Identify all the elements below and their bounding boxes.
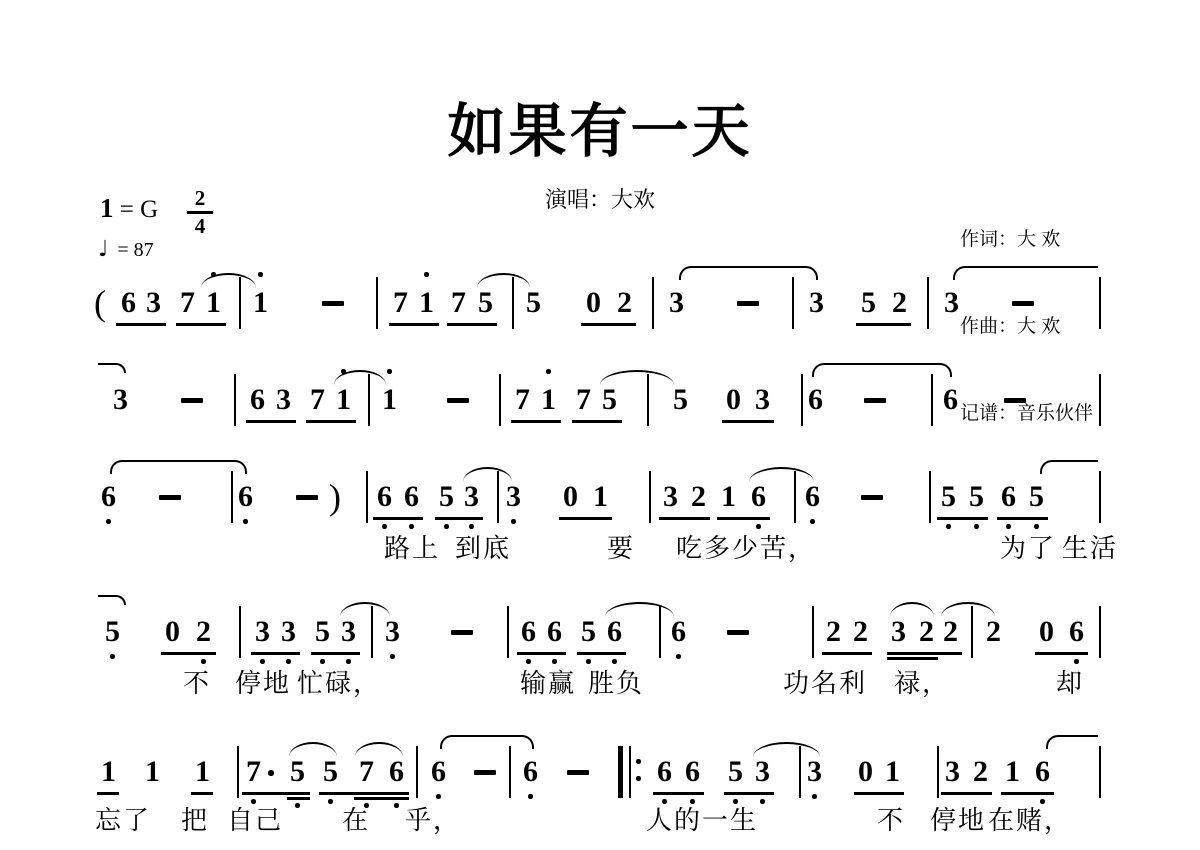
- repeat-dot: [636, 759, 641, 764]
- octave-dot-above: [424, 272, 429, 277]
- beam-underline: [854, 792, 904, 795]
- octave-dot-below: [409, 524, 414, 529]
- lyric-text: 路上: [384, 534, 440, 562]
- tie-arc: [289, 742, 337, 757]
- tie-arc: [340, 602, 390, 617]
- note-digit: 5: [933, 478, 963, 516]
- note-digit: 0: [718, 381, 748, 419]
- beam-underline: [251, 652, 300, 655]
- lyric-text: 停地: [930, 806, 986, 834]
- octave-dot-below: [243, 519, 248, 524]
- barline: [927, 277, 929, 329]
- beam-underline: [447, 323, 497, 326]
- beam-underline: [997, 517, 1048, 520]
- octave-dot-below: [733, 799, 738, 804]
- lyric-text: 生活: [1062, 534, 1118, 562]
- beam-underline: [435, 517, 483, 520]
- note-digit: 6: [396, 478, 426, 516]
- note-digit: 6: [93, 478, 123, 516]
- note-digit: 6: [649, 753, 679, 791]
- intro-paren: ): [329, 474, 341, 520]
- beam-underline: [572, 420, 622, 423]
- tie-bracket: [679, 266, 818, 280]
- note-digit: 6: [677, 753, 707, 791]
- note-digit: 6: [599, 613, 629, 651]
- tie-arc: [477, 273, 530, 288]
- octave-dot-below: [946, 524, 951, 529]
- beam-underline: [319, 792, 409, 795]
- octave-dot-below: [662, 799, 667, 804]
- dash-note: [1012, 301, 1034, 306]
- note-digit: 6: [1027, 753, 1057, 791]
- note-digit: 2: [683, 478, 713, 516]
- beam-underline: [653, 792, 704, 795]
- note-digit: 6: [1061, 613, 1091, 651]
- note-digit: 0: [578, 284, 608, 322]
- note-digit: 1: [877, 753, 907, 791]
- octave-dot-below: [586, 659, 591, 664]
- note-digit: 3: [937, 753, 967, 791]
- note-digit: 5: [594, 381, 624, 419]
- barline: [652, 277, 654, 329]
- note-digit: 3: [883, 613, 913, 651]
- barline: [792, 277, 794, 329]
- barline: [931, 374, 933, 426]
- tie-arc: [890, 602, 934, 617]
- note-digit: 3: [747, 753, 777, 791]
- note-digit: 3: [268, 381, 298, 419]
- lyric-text: 忘了: [95, 806, 151, 834]
- lyric-text: 乎，: [405, 806, 461, 834]
- octave-dot-above: [387, 369, 392, 374]
- tie-bracket: [98, 595, 126, 605]
- note-digit: 3: [377, 613, 407, 651]
- note-digit: 1: [328, 381, 358, 419]
- tie-arc: [749, 467, 814, 482]
- octave-dot-below: [382, 524, 387, 529]
- sheet-music-page: 如果有一天 演唱：大欢 作词：大 欢 作曲：大 欢 记谱：音乐伙伴 1 = G …: [0, 0, 1200, 850]
- beam-underline: [577, 652, 626, 655]
- note-digit: 2: [884, 284, 914, 322]
- note-digit: 2: [978, 613, 1008, 651]
- tie-arc: [753, 742, 820, 757]
- octave-dot-below: [106, 519, 111, 524]
- beam-underline: [97, 792, 119, 795]
- beam-underline: [822, 652, 872, 655]
- note-digit: 1: [713, 478, 743, 516]
- tie-arc: [605, 602, 674, 617]
- octave-dot-below: [251, 799, 256, 804]
- lyric-text: 停地: [235, 669, 291, 697]
- note-digit: 5: [282, 753, 312, 791]
- note-digit: 6: [800, 381, 830, 419]
- note-digit: 3: [333, 613, 363, 651]
- tie-bracket: [440, 735, 534, 749]
- beam-underline: [116, 323, 166, 326]
- note-digit: 2: [845, 613, 875, 651]
- tie-arc: [355, 742, 403, 757]
- octave-dot-below: [110, 654, 115, 659]
- score-area: 63711717550233523(3637117175503666666533…: [0, 0, 1200, 850]
- note-digit: 5: [1021, 478, 1051, 516]
- note-digit: 1: [585, 478, 615, 516]
- note-digit: 1: [187, 753, 217, 791]
- dash-note: [1004, 398, 1026, 403]
- dash-note: [296, 495, 318, 500]
- barline: [507, 606, 509, 658]
- octave-dot-above: [546, 369, 551, 374]
- note-digit: 6: [993, 478, 1023, 516]
- note-digit: 3: [498, 478, 528, 516]
- beam-underline: [717, 517, 770, 520]
- dash-note: [322, 301, 344, 306]
- repeat-start-sign: [629, 746, 631, 798]
- lyric-text: 自己: [227, 806, 283, 834]
- tie-arc: [941, 602, 995, 617]
- note-digit: 6: [230, 478, 260, 516]
- note-digit: 1: [533, 381, 563, 419]
- dash-note: [447, 398, 469, 403]
- augmentation-dot: [268, 770, 274, 776]
- note-digit: 2: [188, 613, 218, 651]
- octave-dot-below: [511, 519, 516, 524]
- beam-underline: [176, 323, 226, 326]
- dash-note: [737, 301, 759, 306]
- octave-dot-below: [346, 659, 351, 664]
- note-digit: 3: [799, 753, 829, 791]
- beam-underline: [511, 420, 561, 423]
- note-digit: 2: [609, 284, 639, 322]
- note-digit: 1: [997, 753, 1027, 791]
- note-digit: 6: [515, 753, 545, 791]
- note-digit: 6: [423, 753, 453, 791]
- barline: [1099, 746, 1101, 798]
- note-digit: 5: [720, 753, 750, 791]
- lyric-text: 在: [988, 806, 1016, 834]
- lyric-text: 把: [181, 806, 209, 834]
- octave-dot-below: [690, 799, 695, 804]
- beam-underline: [242, 792, 310, 795]
- note-digit: 5: [518, 284, 548, 322]
- note-digit: 1: [411, 284, 441, 322]
- octave-dot-below: [436, 794, 441, 799]
- octave-dot-below: [1040, 799, 1045, 804]
- octave-dot-below: [469, 524, 474, 529]
- lyric-text: 胜负: [588, 669, 644, 697]
- lyric-text: 在: [342, 806, 370, 834]
- note-digit: 2: [935, 613, 965, 651]
- note-digit: 1: [374, 381, 404, 419]
- note-digit: 0: [555, 478, 585, 516]
- note-digit: 6: [935, 381, 965, 419]
- tie-bracket: [1040, 460, 1098, 474]
- lyric-text: 人的一生: [646, 806, 758, 834]
- note-digit: 5: [470, 284, 500, 322]
- dash-note: [567, 770, 589, 775]
- note-digit: 6: [381, 753, 411, 791]
- lyric-text: 要: [607, 534, 635, 562]
- octave-dot-below: [394, 803, 399, 808]
- note-digit: 2: [818, 613, 848, 651]
- octave-dot-below: [552, 659, 557, 664]
- dash-note: [864, 398, 886, 403]
- dash-note: [451, 630, 473, 635]
- note-digit: 6: [539, 613, 569, 651]
- barline: [812, 606, 814, 658]
- beam-underline: [581, 323, 636, 326]
- tie-arc: [201, 273, 256, 288]
- barline: [1099, 471, 1101, 523]
- lyric-text: 禄，: [894, 669, 950, 697]
- lyric-text: 却: [1056, 669, 1084, 697]
- note-digit: 3: [801, 284, 831, 322]
- note-digit: 1: [245, 284, 275, 322]
- repeat-dot: [636, 776, 641, 781]
- beam-underline: [659, 517, 710, 520]
- beam-underline: [941, 792, 992, 795]
- note-digit: 3: [747, 381, 777, 419]
- dash-note: [181, 398, 203, 403]
- beam-underline: [517, 652, 566, 655]
- note-digit: 7: [238, 753, 268, 791]
- note-digit: 5: [97, 613, 127, 651]
- beam-underline: [246, 420, 296, 423]
- tie-bracket: [98, 363, 126, 373]
- note-digit: 0: [850, 753, 880, 791]
- lyric-text: 为了: [1000, 534, 1056, 562]
- tie-bracket: [812, 363, 952, 377]
- barline: [1099, 277, 1101, 329]
- lyric-text: 不: [877, 806, 905, 834]
- barline: [649, 471, 651, 523]
- dash-note: [727, 630, 749, 635]
- beam-underline: [1035, 652, 1088, 655]
- octave-dot-below: [812, 794, 817, 799]
- barline: [376, 277, 378, 329]
- beam-underline: [191, 792, 213, 795]
- octave-dot-below: [328, 799, 333, 804]
- octave-dot-below: [201, 659, 206, 664]
- lyric-text: 吃多少苦，: [676, 534, 816, 562]
- octave-dot-below: [295, 803, 300, 808]
- octave-dot-below: [1074, 659, 1079, 664]
- lyric-text: 输赢: [520, 669, 576, 697]
- note-digit: 6: [663, 613, 693, 651]
- note-digit: 3: [456, 478, 486, 516]
- lyric-text: 赌，: [1016, 806, 1072, 834]
- beam-underline: [373, 517, 423, 520]
- tie-bracket: [1046, 735, 1098, 749]
- octave-dot-below: [286, 659, 291, 664]
- barline: [1099, 606, 1101, 658]
- barline: [499, 374, 501, 426]
- beam-underline: [724, 792, 774, 795]
- note-digit: 7: [351, 753, 381, 791]
- octave-dot-below: [676, 654, 681, 659]
- beam-underline: [1001, 792, 1054, 795]
- note-digit: 6: [743, 478, 773, 516]
- beam-underline: [887, 652, 962, 655]
- lyric-text: 不: [183, 669, 211, 697]
- octave-dot-below: [1006, 524, 1011, 529]
- lyric-text: 到底: [455, 534, 511, 562]
- barline: [416, 746, 418, 798]
- beam-underline: [306, 420, 356, 423]
- octave-dot-below: [612, 659, 617, 664]
- octave-dot-below: [1034, 524, 1039, 529]
- beam-underline: [937, 517, 988, 520]
- beam-underline: [856, 323, 911, 326]
- beam-underline: [559, 517, 612, 520]
- barline: [509, 746, 511, 798]
- note-digit: 0: [1031, 613, 1061, 651]
- note-digit: 6: [797, 478, 827, 516]
- beam-underline: [389, 323, 439, 326]
- tie-arc: [600, 370, 674, 385]
- note-digit: 3: [105, 381, 135, 419]
- note-digit: 3: [661, 284, 691, 322]
- tie-bracket: [110, 460, 247, 474]
- lyric-text: 忙碌，: [297, 669, 381, 697]
- octave-dot-below: [320, 659, 325, 664]
- octave-dot-below: [760, 799, 765, 804]
- dash-note: [159, 495, 181, 500]
- note-digit: 5: [961, 478, 991, 516]
- note-digit: 5: [665, 381, 695, 419]
- octave-dot-below: [974, 524, 979, 529]
- note-digit: 5: [853, 284, 883, 322]
- note-digit: 3: [655, 478, 685, 516]
- note-digit: 1: [198, 284, 228, 322]
- beam-underline-2: [354, 797, 409, 800]
- note-digit: 5: [315, 753, 345, 791]
- note-digit: 6: [369, 478, 399, 516]
- beam-underline: [722, 420, 774, 423]
- octave-dot-above: [258, 272, 263, 277]
- dash-note: [474, 770, 496, 775]
- dash-note: [861, 495, 883, 500]
- note-digit: 3: [936, 284, 966, 322]
- octave-dot-below: [260, 659, 265, 664]
- note-digit: 7: [443, 284, 473, 322]
- barline: [239, 606, 241, 658]
- note-digit: 3: [138, 284, 168, 322]
- tie-arc: [463, 467, 512, 482]
- octave-dot-below: [390, 654, 395, 659]
- repeat-start-sign: [618, 746, 623, 798]
- note-digit: 1: [137, 753, 167, 791]
- octave-dot-below: [528, 794, 533, 799]
- beam-underline: [311, 652, 360, 655]
- note-digit: 0: [157, 613, 187, 651]
- barline: [234, 374, 236, 426]
- barline: [1099, 374, 1101, 426]
- lyric-text: 功名利: [783, 669, 867, 697]
- tie-bracket: [953, 266, 1098, 280]
- barline: [929, 471, 931, 523]
- beam-underline: [161, 652, 216, 655]
- barline: [366, 471, 368, 523]
- octave-dot-below: [810, 519, 815, 524]
- octave-dot-below: [526, 659, 531, 664]
- note-digit: 2: [965, 753, 995, 791]
- octave-dot-below: [444, 524, 449, 529]
- beam-underline-2: [287, 797, 310, 800]
- beam-underline-2: [887, 657, 938, 660]
- intro-paren: (: [94, 280, 106, 326]
- octave-dot-below: [756, 524, 761, 529]
- note-digit: 1: [93, 753, 123, 791]
- note-digit: 3: [273, 613, 303, 651]
